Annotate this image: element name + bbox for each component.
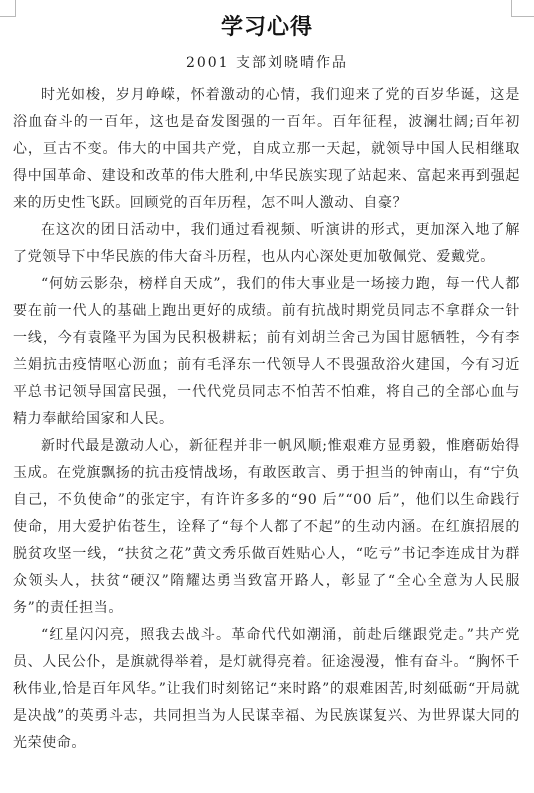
paragraph: 新时代最是激动人心，新征程并非一帆风顺;惟艰难方显勇毅，惟磨砺始得玉成。在党旗飘… bbox=[13, 433, 520, 622]
document-page: 学习心得 2001 支部刘晓晴作品 时光如梭，岁月峥嵘，怀着激动的心情，我们迎来… bbox=[0, 0, 534, 793]
paragraph: 时光如梭，岁月峥嵘，怀着激动的心情，我们迎来了党的百岁华诞，这是浴血奋斗的一百年… bbox=[13, 82, 520, 217]
document-title: 学习心得 bbox=[0, 15, 534, 41]
text-boundary-mark-top-left bbox=[0, 0, 16, 17]
document-body: 时光如梭，岁月峥嵘，怀着激动的心情，我们迎来了党的百岁华诞，这是浴血奋斗的一百年… bbox=[13, 82, 520, 757]
document-byline: 2001 支部刘晓晴作品 bbox=[0, 55, 534, 71]
paragraph: “红星闪闪亮，照我去战斗。革命代代如潮涌，前赴后继跟党走。”共产党员、人民公仆，… bbox=[13, 622, 520, 757]
paragraph: 在这次的团日活动中，我们通过看视频、听演讲的形式，更加深入地了解了党领导下中华民… bbox=[13, 217, 520, 271]
text-boundary-mark-top-right bbox=[511, 0, 534, 17]
paragraph: “何妨云影杂，榜样自天成”，我们的伟大事业是一场接力跑，每一代人都要在前一代人的… bbox=[13, 271, 520, 433]
